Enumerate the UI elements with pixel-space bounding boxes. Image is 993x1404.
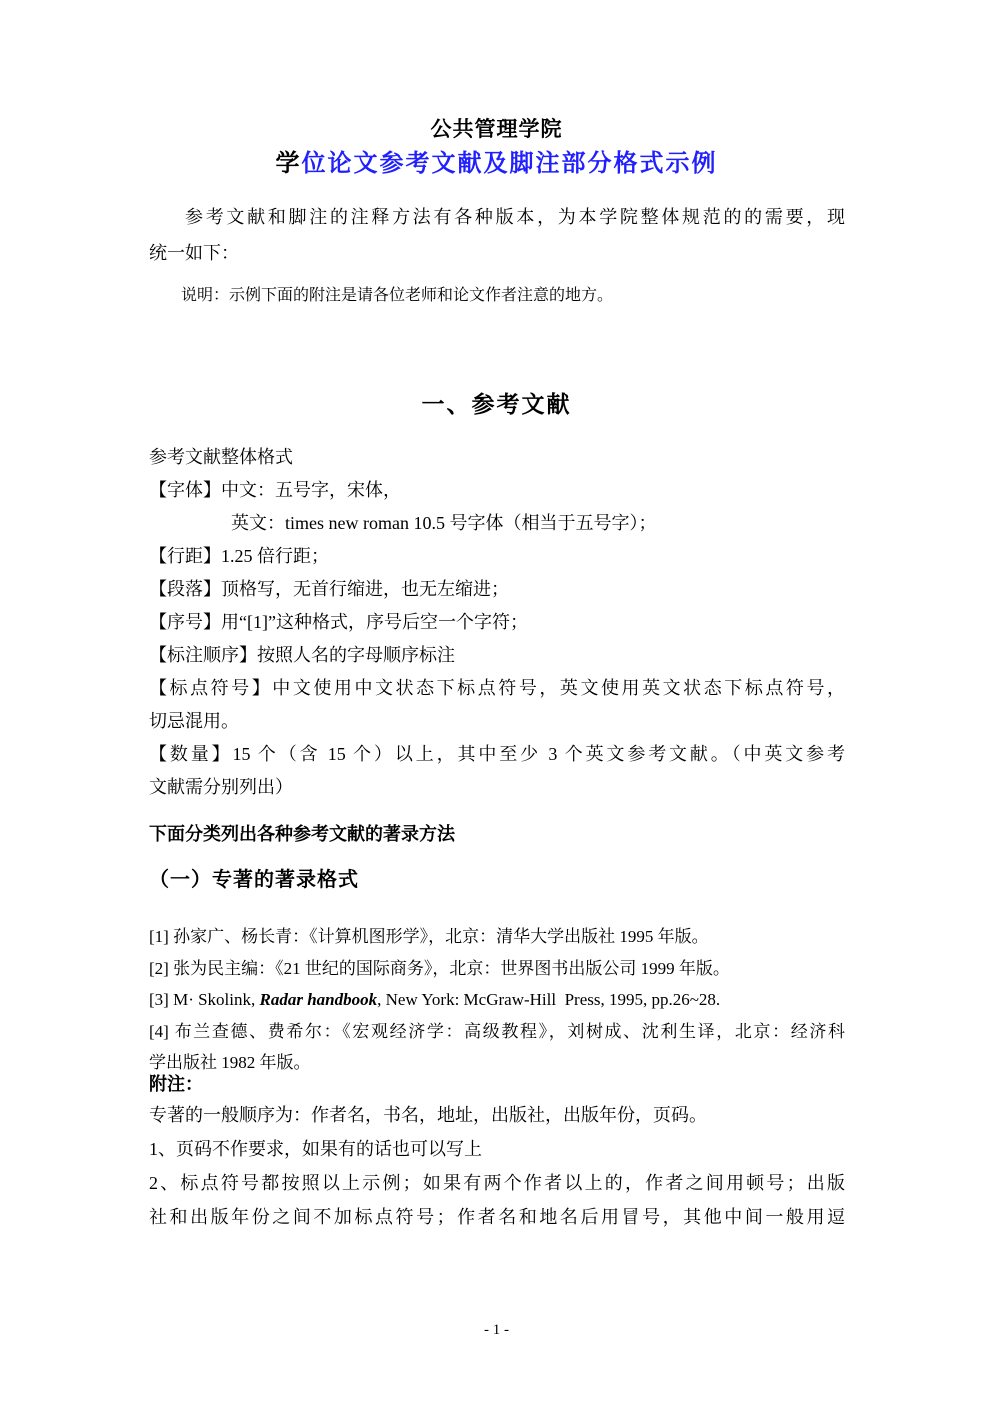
text-line: 【序号】用“[1]”这种格式，序号后空一个字符； — [149, 606, 845, 639]
book-title-italic: Radar handbook — [260, 990, 378, 1009]
notes-list: 专著的一般顺序为：作者名，书名，地址，出版社，出版年份，页码。1、页码不作要求，… — [149, 1098, 845, 1234]
text-line: 专著的一般顺序为：作者名，书名，地址，出版社，出版年份，页码。 — [149, 1098, 845, 1132]
text-line: 【标注顺序】按照人名的字母顺序标注 — [149, 639, 845, 672]
text-line: 文献需分别列出） — [149, 771, 845, 804]
text-segment: 1、页码不作要求，如果有的话也可以写上 — [149, 1139, 482, 1159]
notes-label: 附注： — [149, 1072, 845, 1096]
text-segment: , New York: McGraw-Hill Press, 1995, pp.… — [377, 990, 720, 1009]
text-segment: [1] 孙家广、杨长青：《计算机图形学》，北京：清华大学出版社 1995 年版。 — [149, 927, 709, 946]
text-segment: 学出版社 1982 年版。 — [149, 1053, 311, 1072]
text-line: 【标点符号】中文使用中文状态下标点符号，英文使用英文状态下标点符号， — [149, 672, 845, 705]
reference-list: [1] 孙家广、杨长青：《计算机图形学》，北京：清华大学出版社 1995 年版。… — [149, 921, 845, 1079]
text-segment: [2] 张为民主编：《21 世纪的国际商务》，北京：世界图书出版公司 1999 … — [149, 959, 730, 978]
text-line: 参考文献和脚注的注释方法有各种版本，为本学院整体规范的的需要，现 — [149, 199, 845, 235]
list-intro-line: 下面分类列出各种参考文献的著录方法 — [149, 822, 845, 846]
text-line: 2、标点符号都按照以上示例；如果有两个作者以上的，作者之间用顿号；出版 — [149, 1166, 845, 1200]
text-segment: [3] M· Skolink, — [149, 990, 260, 1009]
text-line: [3] M· Skolink, Radar handbook, New York… — [149, 984, 845, 1016]
text-segment: 社和出版年份之间不加标点符号；作者名和地名后用冒号，其他中间一般用逗 — [149, 1207, 845, 1227]
text-segment: 切忌混用。 — [149, 711, 239, 731]
text-segment: 统一如下： — [149, 243, 239, 263]
section-heading-references: 一、参考文献 — [0, 390, 993, 418]
format-rules-block: 参考文献整体格式【字体】中文：五号字，宋体，英文：times new roman… — [149, 441, 845, 804]
text-line: 【字体】中文：五号字，宋体， — [149, 474, 845, 507]
text-segment: 专著的一般顺序为：作者名，书名，地址，出版社，出版年份，页码。 — [149, 1105, 707, 1125]
text-segment: 【序号】用“[1]”这种格式，序号后空一个字符； — [149, 612, 528, 632]
text-segment: 【行距】1.25 倍行距； — [149, 546, 329, 566]
text-line: 英文：times new roman 10.5 号字体（相当于五号字）； — [149, 507, 845, 540]
text-segment: 2、标点符号都按照以上示例；如果有两个作者以上的，作者之间用顿号；出版 — [149, 1173, 845, 1193]
text-segment: 文献需分别列出） — [149, 777, 293, 797]
text-line: [1] 孙家广、杨长青：《计算机图形学》，北京：清华大学出版社 1995 年版。 — [149, 921, 845, 953]
explanation-line: 说明：示例下面的附注是请各位老师和论文作者注意的地方。 — [149, 285, 845, 307]
text-line: 【数量】15 个（含 15 个）以上，其中至少 3 个英文参考文献。（中英文参考 — [149, 738, 845, 771]
document-subtitle: 学位论文参考文献及脚注部分格式示例 — [0, 148, 993, 180]
text-line: 参考文献整体格式 — [149, 441, 845, 474]
text-segment: 参考文献和脚注的注释方法有各种版本，为本学院整体规范的的需要，现 — [185, 207, 845, 227]
subtitle-blue-part: 位论文参考文献及脚注部分格式示例 — [302, 150, 718, 177]
text-segment: 【标点符号】中文使用中文状态下标点符号，英文使用英文状态下标点符号， — [149, 678, 845, 698]
text-segment: [4] 布兰查德、费希尔：《宏观经济学：高级教程》，刘树成、沈利生译，北京：经济… — [149, 1022, 845, 1041]
text-line: 社和出版年份之间不加标点符号；作者名和地名后用冒号，其他中间一般用逗 — [149, 1200, 845, 1234]
document-page: 公共管理学院 学位论文参考文献及脚注部分格式示例 参考文献和脚注的注释方法有各种… — [0, 0, 993, 1404]
text-line: 1、页码不作要求，如果有的话也可以写上 — [149, 1132, 845, 1166]
subsection-heading-monograph: （一）专著的著录格式 — [149, 867, 845, 893]
text-segment: 【数量】15 个（含 15 个）以上，其中至少 3 个英文参考文献。（中英文参考 — [149, 744, 845, 764]
subtitle-black-part: 学 — [276, 150, 302, 177]
document-title: 公共管理学院 — [0, 116, 993, 144]
text-segment: 【标注顺序】按照人名的字母顺序标注 — [149, 645, 455, 665]
text-line: 【段落】顶格写，无首行缩进，也无左缩进； — [149, 573, 845, 606]
text-line: 【行距】1.25 倍行距； — [149, 540, 845, 573]
intro-paragraph: 参考文献和脚注的注释方法有各种版本，为本学院整体规范的的需要，现统一如下： — [149, 199, 845, 271]
text-segment: 【段落】顶格写，无首行缩进，也无左缩进； — [149, 579, 509, 599]
text-line: [2] 张为民主编：《21 世纪的国际商务》，北京：世界图书出版公司 1999 … — [149, 953, 845, 985]
text-line: [4] 布兰查德、费希尔：《宏观经济学：高级教程》，刘树成、沈利生译，北京：经济… — [149, 1016, 845, 1048]
text-line: 切忌混用。 — [149, 705, 845, 738]
text-segment: 参考文献整体格式 — [149, 447, 293, 467]
text-segment: 【字体】中文：五号字，宋体， — [149, 480, 401, 500]
text-segment: 英文：times new roman 10.5 号字体（相当于五号字）； — [231, 513, 656, 533]
text-line: 统一如下： — [149, 235, 845, 271]
page-number: - 1 - — [0, 1320, 993, 1340]
